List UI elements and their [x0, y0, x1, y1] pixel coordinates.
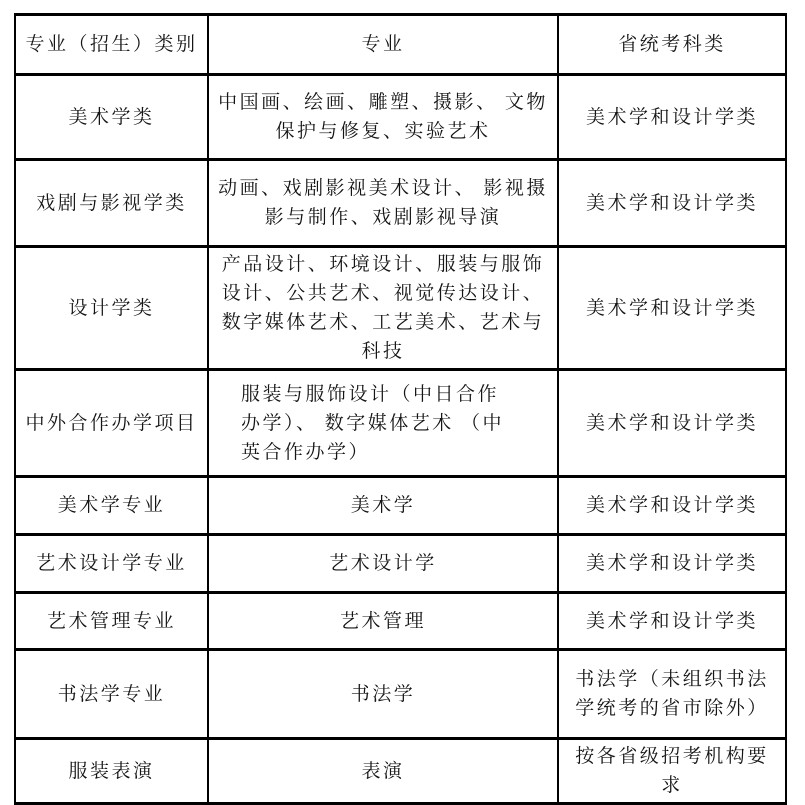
category-cell: 服装表演: [15, 739, 208, 804]
majors-cell: 美术学: [208, 477, 558, 535]
majors-exam-table: 专业（招生）类别 专业 省统考科类 美术学类 中国画、绘画、雕塑、摄影、 文物保…: [14, 13, 787, 805]
table-row: 设计学类 产品设计、环境设计、服装与服饰设计、公共艺术、视觉传达设计、数字媒体艺…: [15, 247, 786, 370]
col-header-major: 专业: [208, 15, 558, 75]
table-row: 艺术管理专业 艺术管理 美术学和设计学类: [15, 593, 786, 650]
category-cell: 书法学专业: [15, 650, 208, 739]
majors-cell: 书法学: [208, 650, 558, 739]
majors-cell: 服装与服饰设计（中日合作办学）、 数字媒体艺术 （中英合作办学）: [208, 370, 558, 477]
exam-cell: 美术学和设计学类: [558, 477, 786, 535]
exam-cell: 按各省级招考机构要求: [558, 739, 786, 804]
category-cell: 中外合作办学项目: [15, 370, 208, 477]
header-row: 专业（招生）类别 专业 省统考科类: [15, 15, 786, 75]
majors-cell: 动画、戏剧影视美术设计、 影视摄影与制作、戏剧影视导演: [208, 160, 558, 247]
exam-cell: 美术学和设计学类: [558, 160, 786, 247]
category-cell: 美术学类: [15, 75, 208, 160]
category-cell: 美术学专业: [15, 477, 208, 535]
exam-cell: 书法学（未组织书法学统考的省市除外）: [558, 650, 786, 739]
table-row: 服装表演 表演 按各省级招考机构要求: [15, 739, 786, 804]
majors-cell: 产品设计、环境设计、服装与服饰设计、公共艺术、视觉传达设计、数字媒体艺术、工艺美…: [208, 247, 558, 370]
table-row: 戏剧与影视学类 动画、戏剧影视美术设计、 影视摄影与制作、戏剧影视导演 美术学和…: [15, 160, 786, 247]
exam-cell: 美术学和设计学类: [558, 593, 786, 650]
exam-cell: 美术学和设计学类: [558, 370, 786, 477]
exam-cell: 美术学和设计学类: [558, 75, 786, 160]
majors-cell: 中国画、绘画、雕塑、摄影、 文物保护与修复、实验艺术: [208, 75, 558, 160]
category-cell: 艺术管理专业: [15, 593, 208, 650]
majors-cell: 艺术管理: [208, 593, 558, 650]
exam-cell: 美术学和设计学类: [558, 247, 786, 370]
table-row: 书法学专业 书法学 书法学（未组织书法学统考的省市除外）: [15, 650, 786, 739]
majors-cell: 艺术设计学: [208, 535, 558, 593]
category-cell: 设计学类: [15, 247, 208, 370]
document-page: 专业（招生）类别 专业 省统考科类 美术学类 中国画、绘画、雕塑、摄影、 文物保…: [0, 0, 805, 805]
majors-cell: 表演: [208, 739, 558, 804]
table-row: 艺术设计学专业 艺术设计学 美术学和设计学类: [15, 535, 786, 593]
exam-cell: 美术学和设计学类: [558, 535, 786, 593]
table-row: 美术学类 中国画、绘画、雕塑、摄影、 文物保护与修复、实验艺术 美术学和设计学类: [15, 75, 786, 160]
category-cell: 艺术设计学专业: [15, 535, 208, 593]
table-row: 中外合作办学项目 服装与服饰设计（中日合作办学）、 数字媒体艺术 （中英合作办学…: [15, 370, 786, 477]
table-row: 美术学专业 美术学 美术学和设计学类: [15, 477, 786, 535]
col-header-exam-type: 省统考科类: [558, 15, 786, 75]
col-header-category: 专业（招生）类别: [15, 15, 208, 75]
category-cell: 戏剧与影视学类: [15, 160, 208, 247]
